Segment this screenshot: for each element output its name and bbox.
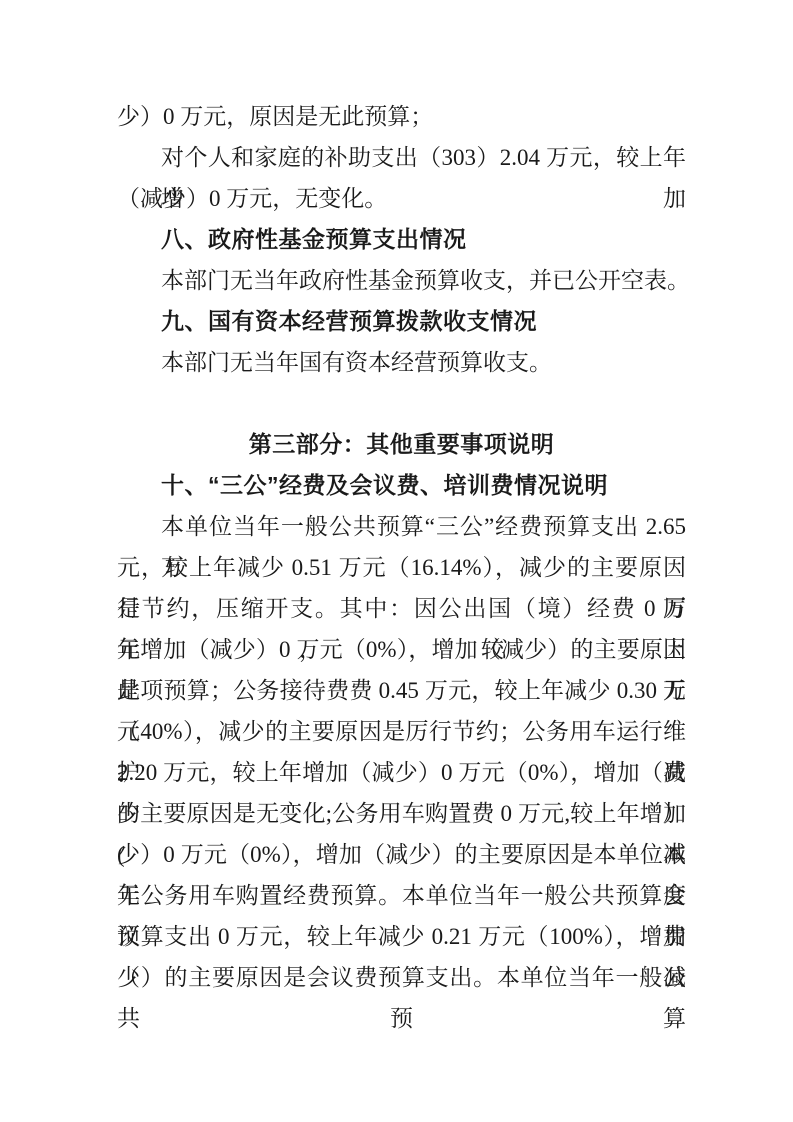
paragraph-line: 2.20 万元，较上年增加（减少）0 万元（0%），增加（减少） — [117, 752, 686, 793]
paragraph-line: 少）0 万元，原因是无此预算； — [117, 96, 686, 137]
paragraph-line: 本部门无当年政府性基金预算收支，并已公开空表。 — [117, 260, 686, 301]
paragraph-line: 预算支出 0 万元，较上年减少 0.21 万元（100%），增加（减 — [117, 916, 686, 957]
paragraph-line: 本部门无当年国有资本经营预算收支。 — [117, 342, 686, 383]
part-three-title: 第三部分：其他重要事项说明 — [117, 424, 686, 465]
page-content: 少）0 万元，原因是无此预算； 对个人和家庭的补助支出（303）2.04 万元，… — [117, 96, 686, 998]
paragraph-line: 少）的主要原因是会议费预算支出。本单位当年一般公共预算 — [117, 957, 686, 998]
section-heading-8: 八、政府性基金预算支出情况 — [117, 219, 686, 260]
paragraph-line: 对个人和家庭的补助支出（303）2.04 万元，较上年增加 — [117, 137, 686, 178]
paragraph-line: 的主要原因是无变化;公务用车购置费 0 万元,较上年增加(减 — [117, 793, 686, 834]
paragraph-line: 无公务用车购置经费预算。本单位当年一般公共预算会议费 — [117, 875, 686, 916]
document-page: 少）0 万元，原因是无此预算； 对个人和家庭的补助支出（303）2.04 万元，… — [0, 0, 793, 1122]
blank-line — [117, 383, 686, 424]
paragraph-line: 行节约，压缩开支。其中：因公出国（境）经费 0 万元，较上 — [117, 588, 686, 629]
paragraph-line: （40%），减少的主要原因是厉行节约；公务用车运行维护费 — [117, 711, 686, 752]
section-heading-9: 九、国有资本经营预算拨款收支情况 — [117, 301, 686, 342]
section-heading-10: 十、“三公”经费及会议费、培训费情况说明 — [117, 465, 686, 506]
paragraph-line: 本单位当年一般公共预算“三公”经费预算支出 2.65 万 — [117, 506, 686, 547]
paragraph-line: 此项预算；公务接待费费 0.45 万元，较上年减少 0.30 万元 — [117, 670, 686, 711]
paragraph-line: 少）0 万元（0%），增加（减少）的主要原因是本单位本年度 — [117, 834, 686, 875]
paragraph-line: 元，较上年减少 0.51 万元（16.14%），减少的主要原因是厉 — [117, 547, 686, 588]
paragraph-line: 年增加（减少）0 万元（0%），增加（减少）的主要原因是无 — [117, 629, 686, 670]
